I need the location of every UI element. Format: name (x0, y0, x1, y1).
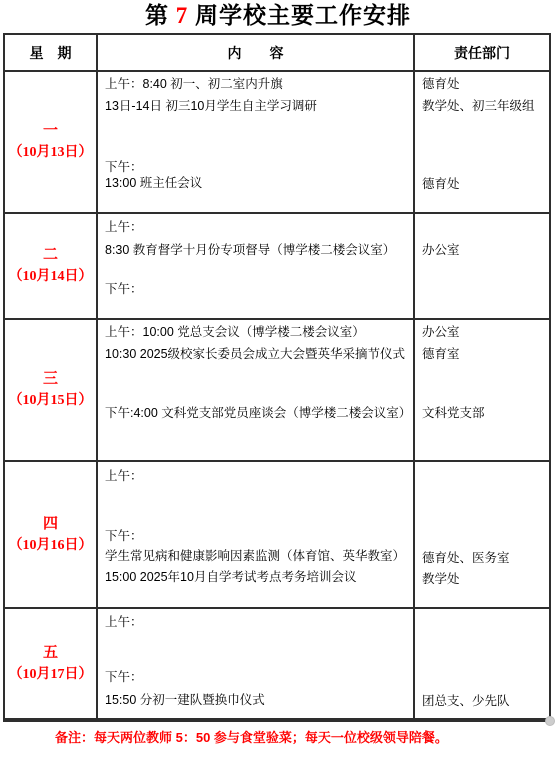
department-line: 德育处 (422, 177, 548, 192)
content-cell-friday: 上午： 下午： 15:50 分初一建队暨换巾仪式 (98, 609, 415, 718)
schedule-row-friday: 五 （10月17日） 上午： 下午： 15:50 分初一建队暨换巾仪式 团总支、… (5, 609, 549, 720)
department-line: 教学处 (422, 572, 548, 587)
content-line: 上午： (105, 469, 412, 484)
day-number: 五 (43, 642, 58, 664)
content-line: 上午：10:00 党总支会议（博学楼二楼会议室） (105, 325, 412, 340)
department-line: 办公室 (422, 243, 548, 258)
day-date: （10月13日） (9, 142, 93, 164)
department-cell-tuesday: 办公室 (415, 214, 549, 318)
content-line: 15:00 2025年10月自学考试考点考务培训会议 (105, 570, 412, 585)
table-header-row: 星 期 内 容 责任部门 (5, 35, 549, 72)
schedule-table: 星 期 内 容 责任部门 一 （10月13日） 上午：8:40 初一、初二室内升… (3, 33, 551, 722)
day-date: （10月14日） (9, 266, 93, 288)
day-number: 一 (43, 120, 58, 142)
content-cell-monday: 上午：8:40 初一、初二室内升旗 13日-14日 初三10月学生自主学习调研 … (98, 72, 415, 212)
title-week-number: 7 (176, 3, 189, 28)
content-line: 上午： (105, 615, 412, 630)
content-line: 15:50 分初一建队暨换巾仪式 (105, 693, 412, 708)
content-line: 下午： (105, 160, 412, 175)
department-cell-wednesday: 办公室 德育室 文科党支部 (415, 320, 549, 460)
footer-note: 备注：每天两位教师 5：50 参与食堂验菜；每天一位校级领导陪餐。 (55, 729, 545, 746)
page-title: 第 7 周学校主要工作安排 (0, 2, 556, 30)
department-line: 德育室 (422, 347, 548, 362)
day-cell-friday: 五 （10月17日） (5, 609, 98, 718)
department-line: 文科党支部 (422, 406, 548, 421)
day-date: （10月16日） (9, 535, 93, 557)
title-prefix: 第 (145, 3, 176, 28)
department-line: 教学处、初三年级组 (422, 99, 548, 114)
department-line: 德育处、医务室 (422, 551, 548, 566)
content-line: 下午： (105, 282, 412, 297)
header-content: 内 容 (98, 35, 415, 70)
content-line: 8:30 教育督学十月份专项督导（博学楼二楼会议室） (105, 243, 412, 258)
schedule-row-monday: 一 （10月13日） 上午：8:40 初一、初二室内升旗 13日-14日 初三1… (5, 72, 549, 214)
day-number: 三 (43, 368, 58, 390)
day-date: （10月15日） (9, 390, 93, 412)
department-cell-friday: 团总支、少先队 (415, 609, 549, 718)
content-line: 上午：8:40 初一、初二室内升旗 (105, 77, 412, 92)
content-cell-thursday: 上午： 下午： 学生常见病和健康影响因素监测（体育馆、英华教室） 15:00 2… (98, 462, 415, 607)
table-resize-handle[interactable] (545, 716, 555, 726)
department-cell-monday: 德育处 教学处、初三年级组 德育处 (415, 72, 549, 212)
header-department: 责任部门 (415, 35, 549, 70)
schedule-row-tuesday: 二 （10月14日） 上午： 8:30 教育督学十月份专项督导（博学楼二楼会议室… (5, 214, 549, 320)
department-cell-thursday: 德育处、医务室 教学处 (415, 462, 549, 607)
schedule-row-thursday: 四 （10月16日） 上午： 下午： 学生常见病和健康影响因素监测（体育馆、英华… (5, 462, 549, 609)
day-cell-tuesday: 二 （10月14日） (5, 214, 98, 318)
day-cell-monday: 一 （10月13日） (5, 72, 98, 212)
day-cell-wednesday: 三 （10月15日） (5, 320, 98, 460)
content-line: 下午： (105, 670, 412, 685)
day-date: （10月17日） (9, 664, 93, 686)
day-cell-thursday: 四 （10月16日） (5, 462, 98, 607)
content-line: 下午： (105, 529, 412, 544)
content-line: 10:30 2025级校家长委员会成立大会暨英华采摘节仪式 (105, 347, 412, 362)
title-suffix: 周学校主要工作安排 (188, 3, 411, 28)
content-cell-wednesday: 上午：10:00 党总支会议（博学楼二楼会议室） 10:30 2025级校家长委… (98, 320, 415, 460)
content-line: 上午： (105, 220, 412, 235)
department-line: 办公室 (422, 325, 548, 340)
content-line: 下午:4:00 文科党支部党员座谈会（博学楼二楼会议室） (105, 406, 412, 421)
day-number: 四 (43, 513, 58, 535)
department-line: 团总支、少先队 (422, 694, 548, 709)
header-day: 星 期 (5, 35, 98, 70)
day-number: 二 (43, 244, 58, 266)
content-cell-tuesday: 上午： 8:30 教育督学十月份专项督导（博学楼二楼会议室） 下午： (98, 214, 415, 318)
department-line: 德育处 (422, 77, 548, 92)
content-line: 13日-14日 初三10月学生自主学习调研 (105, 99, 412, 114)
schedule-row-wednesday: 三 （10月15日） 上午：10:00 党总支会议（博学楼二楼会议室） 10:3… (5, 320, 549, 462)
content-line: 13:00 班主任会议 (105, 176, 412, 191)
content-line: 学生常见病和健康影响因素监测（体育馆、英华教室） (105, 549, 412, 564)
